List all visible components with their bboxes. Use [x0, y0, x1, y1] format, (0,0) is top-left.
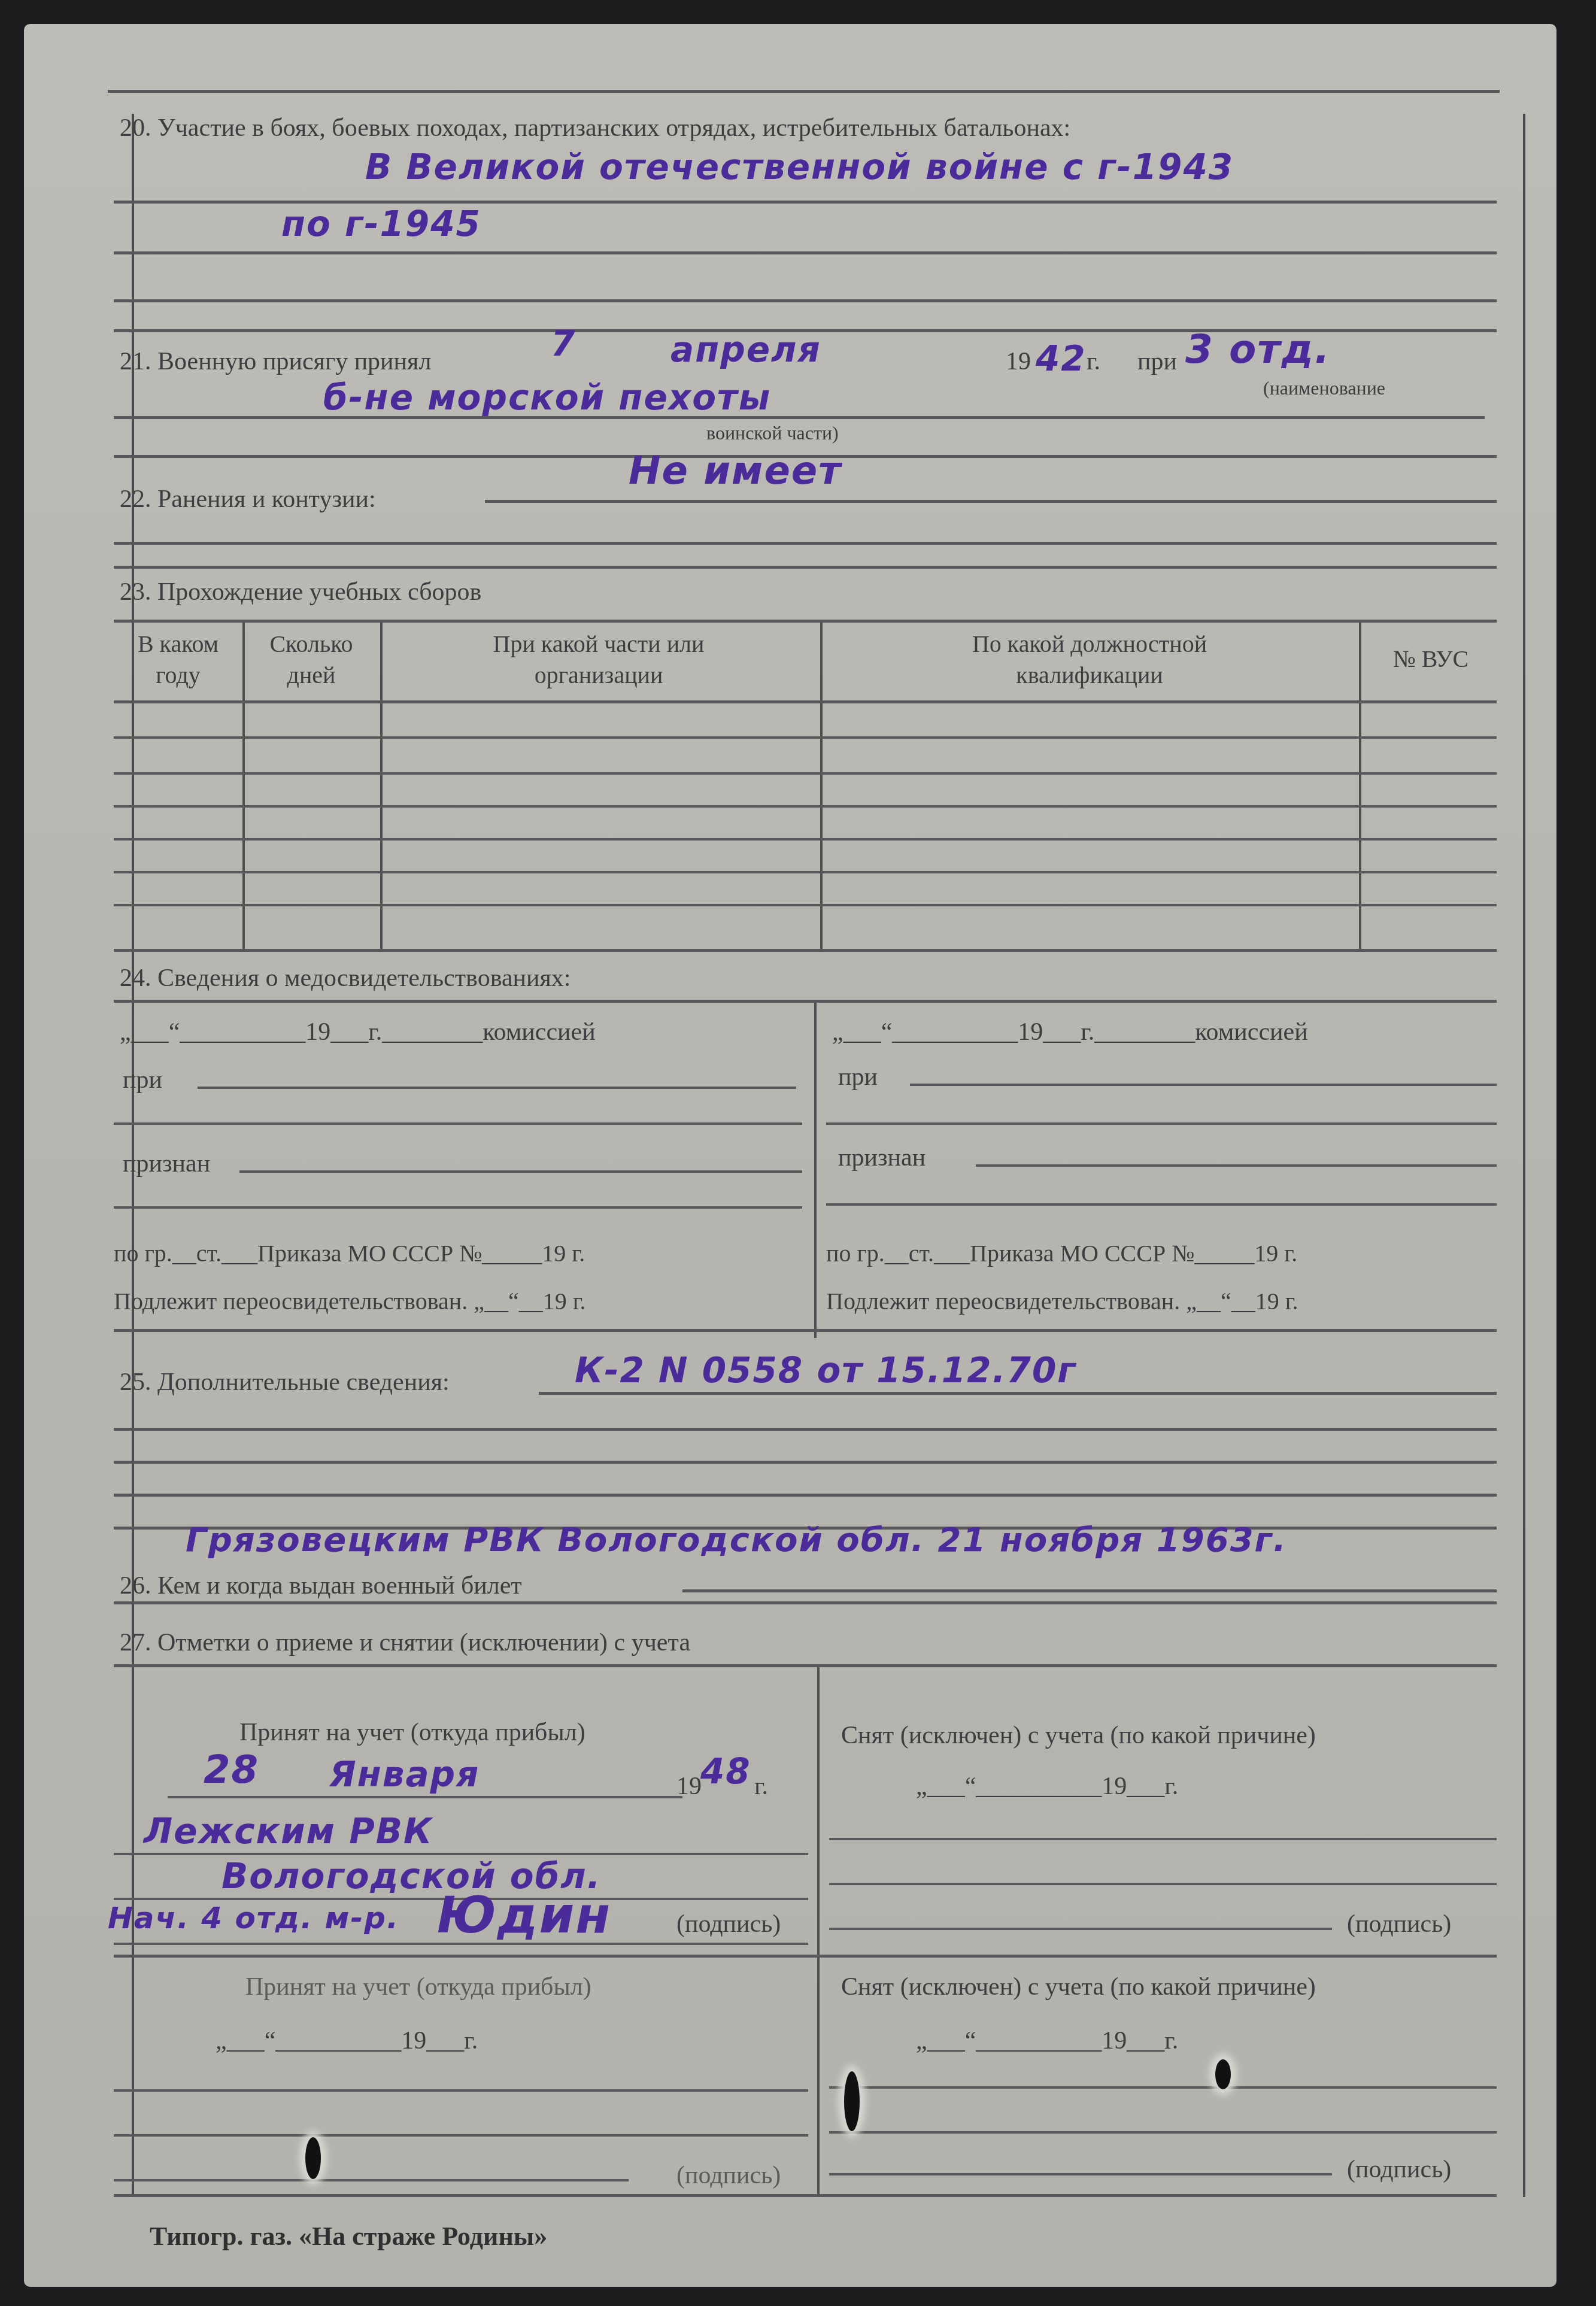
col-divider — [380, 623, 383, 949]
accepted-line3: Нач. 4 отд. м-р. — [108, 1901, 399, 1935]
table-row — [114, 871, 1497, 873]
s21-unit-1: 3 отд. — [1185, 326, 1331, 372]
s21-unit-2: б-не морской пехоты — [323, 377, 771, 418]
s23-label: 23. Прохождение учебных сборов — [120, 578, 481, 606]
accepted-header: Принят на учет (откуда прибыл) — [239, 1718, 585, 1747]
bottom-border — [114, 2194, 1497, 2197]
line — [829, 2086, 1497, 2089]
section-divider — [114, 1601, 1497, 1604]
s22-value: Не имеет — [629, 449, 842, 493]
removed-date: „___“__________19___г. — [916, 1772, 1178, 1801]
line — [114, 1461, 1497, 1464]
section-divider — [114, 1955, 1497, 1958]
line — [114, 1943, 808, 1945]
line — [114, 2089, 808, 2092]
accepted-month: Января — [329, 1754, 480, 1795]
line — [829, 1928, 1332, 1930]
signature: Юдин — [437, 1886, 611, 1944]
top-border — [108, 90, 1500, 93]
line — [910, 1084, 1497, 1086]
staple-hole — [844, 2071, 860, 2131]
s25-value: К-2 N 0558 от 15.12.70г — [575, 1350, 1077, 1391]
s20-value-line1: В Великой отечественной войне с г-1943 — [365, 147, 1234, 187]
signature-caption: (подпись) — [1347, 1910, 1451, 1938]
s25-label: 25. Дополнительные сведения: — [120, 1368, 450, 1397]
accepted-header: Принят на учет (откуда прибыл) — [245, 1973, 591, 2001]
s20-value-line2: по г-1945 — [281, 204, 481, 244]
col-qualification: По какой должностной квалификации — [826, 629, 1353, 691]
med-order-line: по гр.__ст.___Приказа МО СССР №_____19 г… — [826, 1239, 1297, 1267]
removed-header: Снят (исключен) с учета (по какой причин… — [841, 1721, 1316, 1750]
line — [829, 1838, 1497, 1840]
accepted-date: „___“__________19___г. — [216, 2026, 478, 2055]
table-row — [114, 772, 1497, 775]
line — [114, 1000, 1497, 1003]
section-divider — [114, 566, 1497, 569]
line — [114, 1494, 1497, 1497]
removed-header: Снят (исключен) с учета (по какой причин… — [841, 1973, 1316, 2001]
line — [198, 1087, 796, 1089]
col-days: Сколько дней — [245, 629, 377, 691]
line — [829, 2131, 1497, 2134]
accepted-year: 48 — [700, 1751, 751, 1792]
line — [114, 1206, 802, 1209]
s21-at: при — [1137, 347, 1177, 376]
table-top — [114, 620, 1497, 623]
accepted-year-suffix: г. — [754, 1772, 768, 1801]
line — [114, 416, 1485, 419]
signature-caption: (подпись) — [676, 1910, 781, 1938]
s24-label: 24. Сведения о медосвидетельствованиях: — [120, 964, 571, 993]
line — [239, 1170, 802, 1173]
signature-caption: (подпись) — [1347, 2155, 1451, 2184]
col-divider — [1359, 623, 1361, 949]
line — [682, 1589, 1497, 1592]
table-row — [114, 904, 1497, 906]
col-unit: При какой части или организации — [383, 629, 814, 691]
accepted-line1: Лежским РВК — [144, 1811, 433, 1852]
section-divider — [114, 1664, 1497, 1667]
s21-label: 21. Военную присягу принял — [120, 347, 431, 376]
s21-caption-1: (наименование — [1263, 377, 1385, 399]
med-date-line: „___“__________19___г.________комиссией — [832, 1018, 1308, 1046]
col-divider — [820, 623, 823, 949]
s21-year: 42 — [1036, 338, 1087, 379]
col-vus: № ВУС — [1365, 644, 1497, 675]
s21-month: апреля — [670, 329, 821, 370]
section-divider — [114, 949, 1497, 952]
s26-value: Грязовецким РВК Вологодской обл. 21 нояб… — [186, 1521, 1287, 1559]
line — [829, 2173, 1332, 2175]
line — [826, 1203, 1497, 1206]
med-priznan: признан — [838, 1143, 926, 1172]
s21-day: 7 — [551, 323, 576, 364]
signature-caption: (подпись) — [676, 2161, 781, 2190]
s20-label: 20. Участие в боях, боевых походах, парт… — [120, 114, 1070, 142]
line — [976, 1164, 1497, 1167]
s27-label: 27. Отметки о приеме и снятии (исключени… — [120, 1628, 690, 1657]
staple-hole — [1215, 2059, 1231, 2089]
section-divider — [114, 1329, 1497, 1332]
med-recheck-line: Подлежит переосвидетельствован. „__“__19… — [114, 1287, 586, 1315]
line — [829, 1883, 1497, 1885]
accepted-day: 28 — [204, 1748, 259, 1792]
s26-label: 26. Кем и когда выдан военный билет — [120, 1571, 522, 1600]
line — [114, 1122, 802, 1125]
col-year: В каком году — [114, 629, 242, 691]
s21-year-prefix: 19 — [1006, 347, 1031, 376]
med-order-line: по гр.__ст.___Приказа МО СССР №_____19 г… — [114, 1239, 585, 1267]
table-row — [114, 736, 1497, 739]
removed-date: „___“__________19___г. — [916, 2026, 1178, 2055]
line — [826, 1122, 1497, 1125]
header-divider — [114, 700, 1497, 703]
printer-imprint: Типогр. газ. «На страже Родины» — [150, 2221, 547, 2252]
table-row — [114, 838, 1497, 841]
line — [114, 2179, 629, 2181]
col-divider — [242, 623, 245, 949]
med-pri: при — [123, 1066, 162, 1094]
line — [114, 299, 1497, 302]
line — [168, 1796, 682, 1798]
table-row — [114, 805, 1497, 808]
line — [114, 1853, 808, 1855]
line — [114, 2134, 808, 2137]
med-recheck-line: Подлежит переосвидетельствован. „__“__19… — [826, 1287, 1298, 1315]
med-pri: при — [838, 1063, 878, 1091]
line — [114, 1428, 1497, 1431]
staple-hole — [305, 2137, 321, 2179]
line — [485, 500, 1497, 503]
col-divider — [814, 1003, 817, 1338]
med-priznan: признан — [123, 1149, 210, 1178]
s21-caption-2: воинской части) — [706, 422, 839, 444]
document-page: 20. Участие в боях, боевых походах, парт… — [24, 24, 1556, 2287]
line — [114, 251, 1497, 254]
col-divider — [817, 1667, 820, 2194]
s22-label: 22. Ранения и контузии: — [120, 485, 376, 514]
line — [539, 1392, 1497, 1395]
s21-year-suffix: г. — [1087, 347, 1100, 376]
line — [114, 542, 1497, 545]
med-date-line: „___“__________19___г.________комиссией — [120, 1018, 596, 1046]
